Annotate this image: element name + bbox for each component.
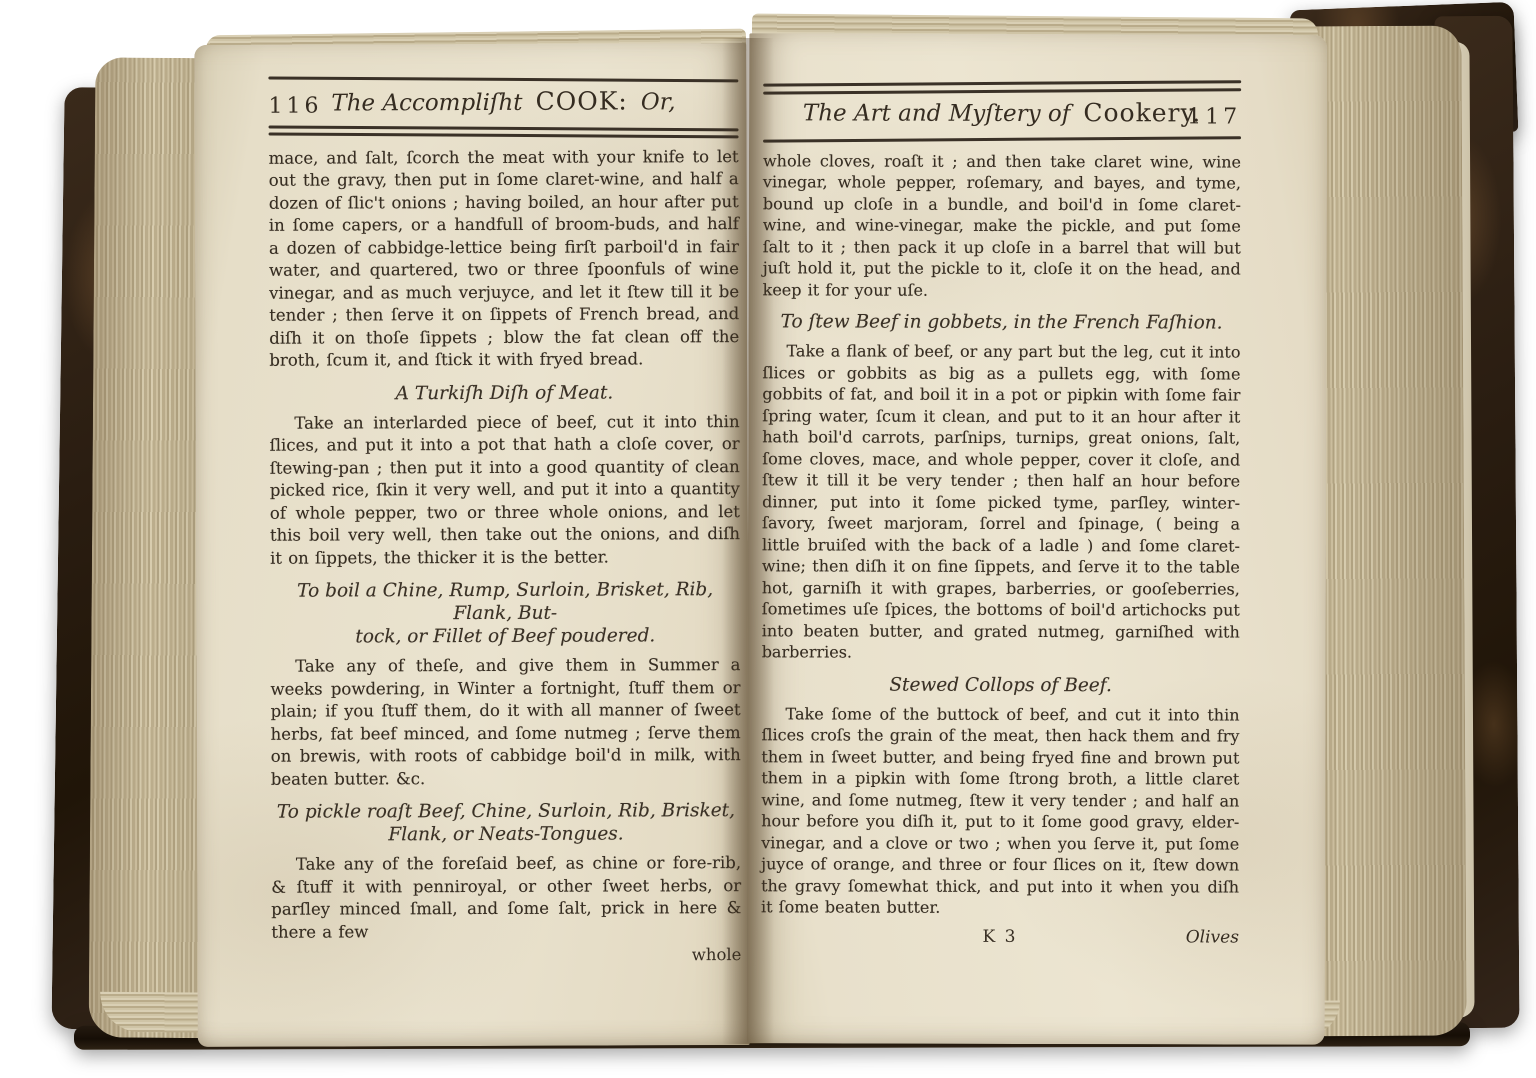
running-title-caps: Cookery.	[1083, 98, 1201, 127]
catchword: whole	[271, 944, 741, 968]
right-page-text-column: The Art and Myſtery of Cookery. 117 whol…	[761, 81, 1241, 949]
photo-background: { "photo": { "background_color": "#fffff…	[0, 0, 1536, 1078]
header-rule	[269, 132, 739, 137]
page-number: 117	[1187, 104, 1241, 129]
recipe-heading: To ſtew Beef in gobbets, in the French F…	[763, 310, 1241, 334]
header-rule	[763, 88, 1241, 94]
left-page: 116 The Accompliſht COOK: Or, mace, and …	[194, 43, 749, 1047]
recipe-heading-line: Flank, or Neats-Tongues.	[271, 822, 741, 847]
running-title-tail: Or,	[641, 89, 676, 115]
recipe-heading-line: To boil a Chine, Rump, Surloin, Brisket,…	[270, 578, 740, 626]
signature-mark: K 3	[982, 926, 1017, 946]
recipe-paragraph: Take any of theſe, and give them in Summ…	[270, 654, 740, 791]
running-title-lead: The Art and Myſtery of	[803, 100, 1070, 127]
recipe-heading-line: To pickle roaſt Beef, Chine, Surloin, Ri…	[271, 799, 741, 824]
catchword: Olives	[1186, 925, 1239, 949]
recipe-paragraph: mace, and ſalt, ſcorch the meat with you…	[269, 146, 740, 373]
left-running-head: 116 The Accompliſht COOK: Or,	[268, 86, 738, 126]
right-running-head: The Art and Myſtery of Cookery. 117	[763, 97, 1241, 136]
recipe-heading: Stewed Collops of Beef.	[762, 673, 1240, 697]
recipe-heading-line: tock, or Fillet of Beef poudered.	[270, 624, 740, 649]
page-number: 116	[268, 93, 322, 118]
recipe-paragraph: Take any of the foreſaid beef, as chine …	[271, 852, 741, 944]
left-page-text-column: 116 The Accompliſht COOK: Or, mace, and …	[268, 77, 741, 968]
header-rule	[269, 125, 739, 130]
recipe-paragraph: Take ſome of the buttock of beef, and cu…	[761, 703, 1240, 919]
running-title-caps: COOK:	[536, 86, 628, 115]
recipe-heading: To boil a Chine, Rump, Surloin, Brisket,…	[270, 578, 740, 649]
header-rule	[268, 76, 738, 81]
recipe-heading: A Turkiſh Diſh of Meat.	[269, 381, 739, 406]
signature-row: K 3 Olives	[761, 924, 1239, 949]
header-rule	[763, 136, 1241, 142]
recipe-paragraph: Take a flank of beef, or any part but th…	[762, 340, 1241, 664]
right-page: The Art and Myſtery of Cookery. 117 whol…	[747, 33, 1328, 1045]
running-title-lead: The Accompliſht	[331, 89, 522, 116]
recipe-paragraph: Take an interlarded piece of beef, cut i…	[270, 411, 741, 570]
recipe-heading: To pickle roaſt Beef, Chine, Surloin, Ri…	[271, 799, 741, 847]
header-rule	[763, 80, 1241, 86]
recipe-paragraph: whole cloves, roaſt it ; and then take c…	[763, 150, 1241, 302]
